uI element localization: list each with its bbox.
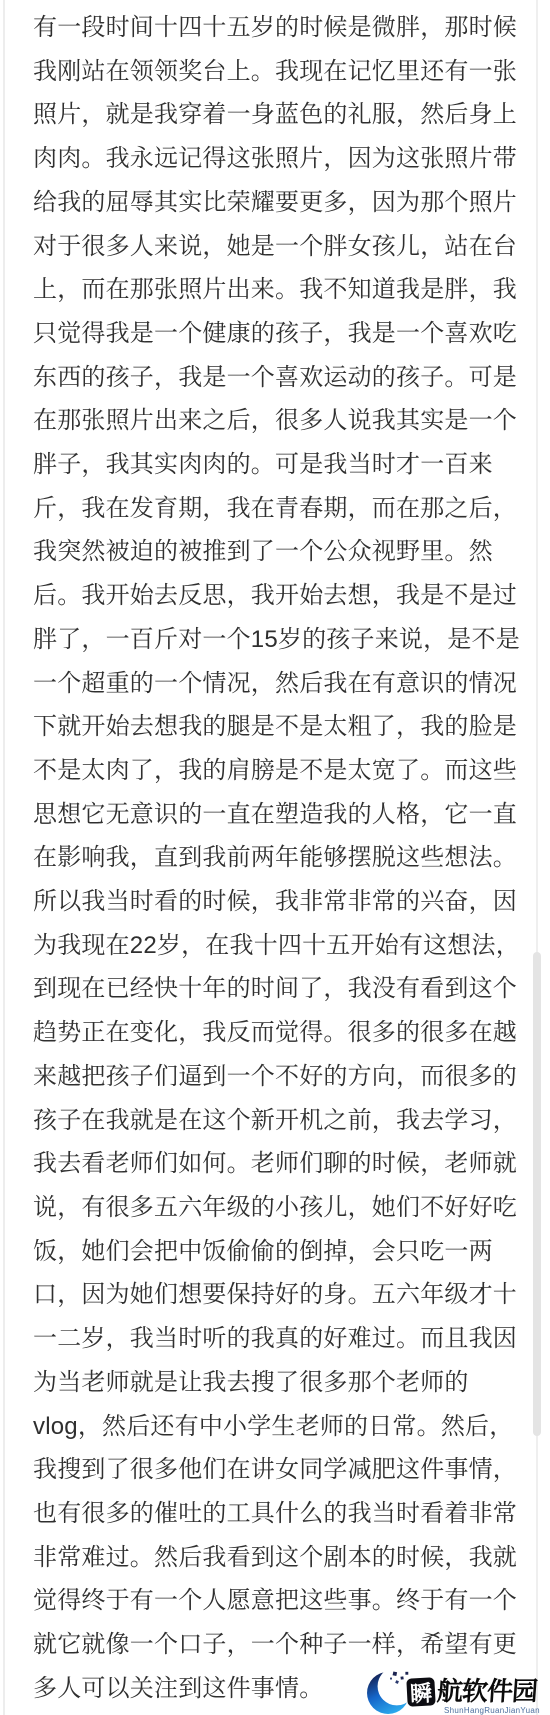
text-line: 为我现在22岁，在我十四十五开始有这想法， bbox=[33, 924, 530, 968]
watermark-site-name: 航软件园 bbox=[436, 1676, 538, 1706]
text-line: 后。我开始去反思，我开始去想，我是不是过 bbox=[33, 574, 530, 618]
text-line: 觉得终于有一个人愿意把这些事。终于有一个 bbox=[33, 1579, 530, 1623]
text-line: 思想它无意识的一直在塑造我的人格，它一直 bbox=[33, 793, 530, 837]
text-line: 说，有很多五六年级的小孩儿，她们不好好吃 bbox=[33, 1186, 530, 1230]
text-line: 只觉得我是一个健康的孩子，我是一个喜欢吃 bbox=[33, 312, 530, 356]
article-page: 有一段时间十四十五岁的时候是微胖，那时候我刚站在领领奖台上。我现在记忆里还有一张… bbox=[0, 0, 550, 1715]
scrollbar-thumb[interactable] bbox=[533, 952, 541, 1436]
text-line: 孩子在我就是在这个新开机之前，我去学习， bbox=[33, 1099, 530, 1143]
text-line: 也有很多的催吐的工具什么的我当时看着非常 bbox=[33, 1492, 530, 1536]
text-line: 有一段时间十四十五岁的时候是微胖，那时候 bbox=[33, 6, 530, 50]
text-line: 趋势正在变化，我反而觉得。很多的很多在越 bbox=[33, 1011, 530, 1055]
text-line: 就它就像一个口子，一个种子一样，希望有更 bbox=[33, 1623, 530, 1667]
text-line: 给我的屈辱其实比荣耀要更多，因为那个照片 bbox=[33, 181, 530, 225]
scrollbar-track bbox=[536, 0, 538, 1715]
page-border-left bbox=[3, 0, 5, 1715]
text-line: 胖了，一百斤对一个15岁的孩子来说，是不是 bbox=[33, 618, 530, 662]
text-line: 照片，就是我穿着一身蓝色的礼服，然后身上 bbox=[33, 93, 530, 137]
text-line: 饭，她们会把中饭偷偷的倒掉，会只吃一两 bbox=[33, 1230, 530, 1274]
text-line: vlog，然后还有中小学生老师的日常。然后， bbox=[33, 1405, 530, 1449]
text-line: 一个超重的一个情况，然后我在有意识的情况 bbox=[33, 662, 530, 706]
text-line: 我刚站在领领奖台上。我现在记忆里还有一张 bbox=[33, 50, 530, 94]
text-line: 下就开始去想我的腿是不是太粗了，我的脸是 bbox=[33, 705, 530, 749]
text-line: 我去看老师们如何。老师们聊的时候，老师就 bbox=[33, 1142, 530, 1186]
text-line: 在那张照片出来之后，很多人说我其实是一个 bbox=[33, 399, 530, 443]
text-line: 口，因为她们想要保持好的身。五六年级才十 bbox=[33, 1273, 530, 1317]
text-line: 我搜到了很多他们在讲女同学减肥这件事情， bbox=[33, 1448, 530, 1492]
text-line: 在影响我，直到我前两年能够摆脱这些想法。 bbox=[33, 836, 530, 880]
text-line: 非常难过。然后我看到这个剧本的时候，我就 bbox=[33, 1536, 530, 1580]
text-line: 东西的孩子，我是一个喜欢运动的孩子。可是 bbox=[33, 356, 530, 400]
text-line: 我突然被迫的被推到了一个公众视野里。然 bbox=[33, 530, 530, 574]
watermark-logo-char: 瞬 bbox=[406, 1677, 435, 1706]
text-line: 肉肉。我永远记得这张照片，因为这张照片带 bbox=[33, 137, 530, 181]
article-text: 有一段时间十四十五岁的时候是微胖，那时候我刚站在领领奖台上。我现在记忆里还有一张… bbox=[33, 6, 530, 1710]
text-line: 对于很多人来说，她是一个胖女孩儿，站在台 bbox=[33, 225, 530, 269]
text-line: 所以我当时看的时候，我非常非常的兴奋，因 bbox=[33, 880, 530, 924]
text-line: 来越把孩子们逼到一个不好的方向，而很多的 bbox=[33, 1055, 530, 1099]
watermark-romanization: ShunHangRuanJianYuan bbox=[444, 1706, 540, 1715]
site-watermark: 瞬 航软件园 ShunHangRuanJianYuan bbox=[366, 1664, 538, 1715]
text-line: 到现在已经快十年的时间了，我没有看到这个 bbox=[33, 967, 530, 1011]
text-line: 胖子，我其实肉肉的。可是我当时才一百来 bbox=[33, 443, 530, 487]
text-line: 斤，我在发育期，我在青春期，而在那之后， bbox=[33, 487, 530, 531]
text-line: 为当老师就是让我去搜了很多那个老师的 bbox=[33, 1361, 530, 1405]
text-line: 上，而在那张照片出来。我不知道我是胖，我 bbox=[33, 268, 530, 312]
text-line: 一二岁，我当时听的我真的好难过。而且我因 bbox=[33, 1317, 530, 1361]
text-line: 不是太肉了，我的肩膀是不是太宽了。而这些 bbox=[33, 749, 530, 793]
